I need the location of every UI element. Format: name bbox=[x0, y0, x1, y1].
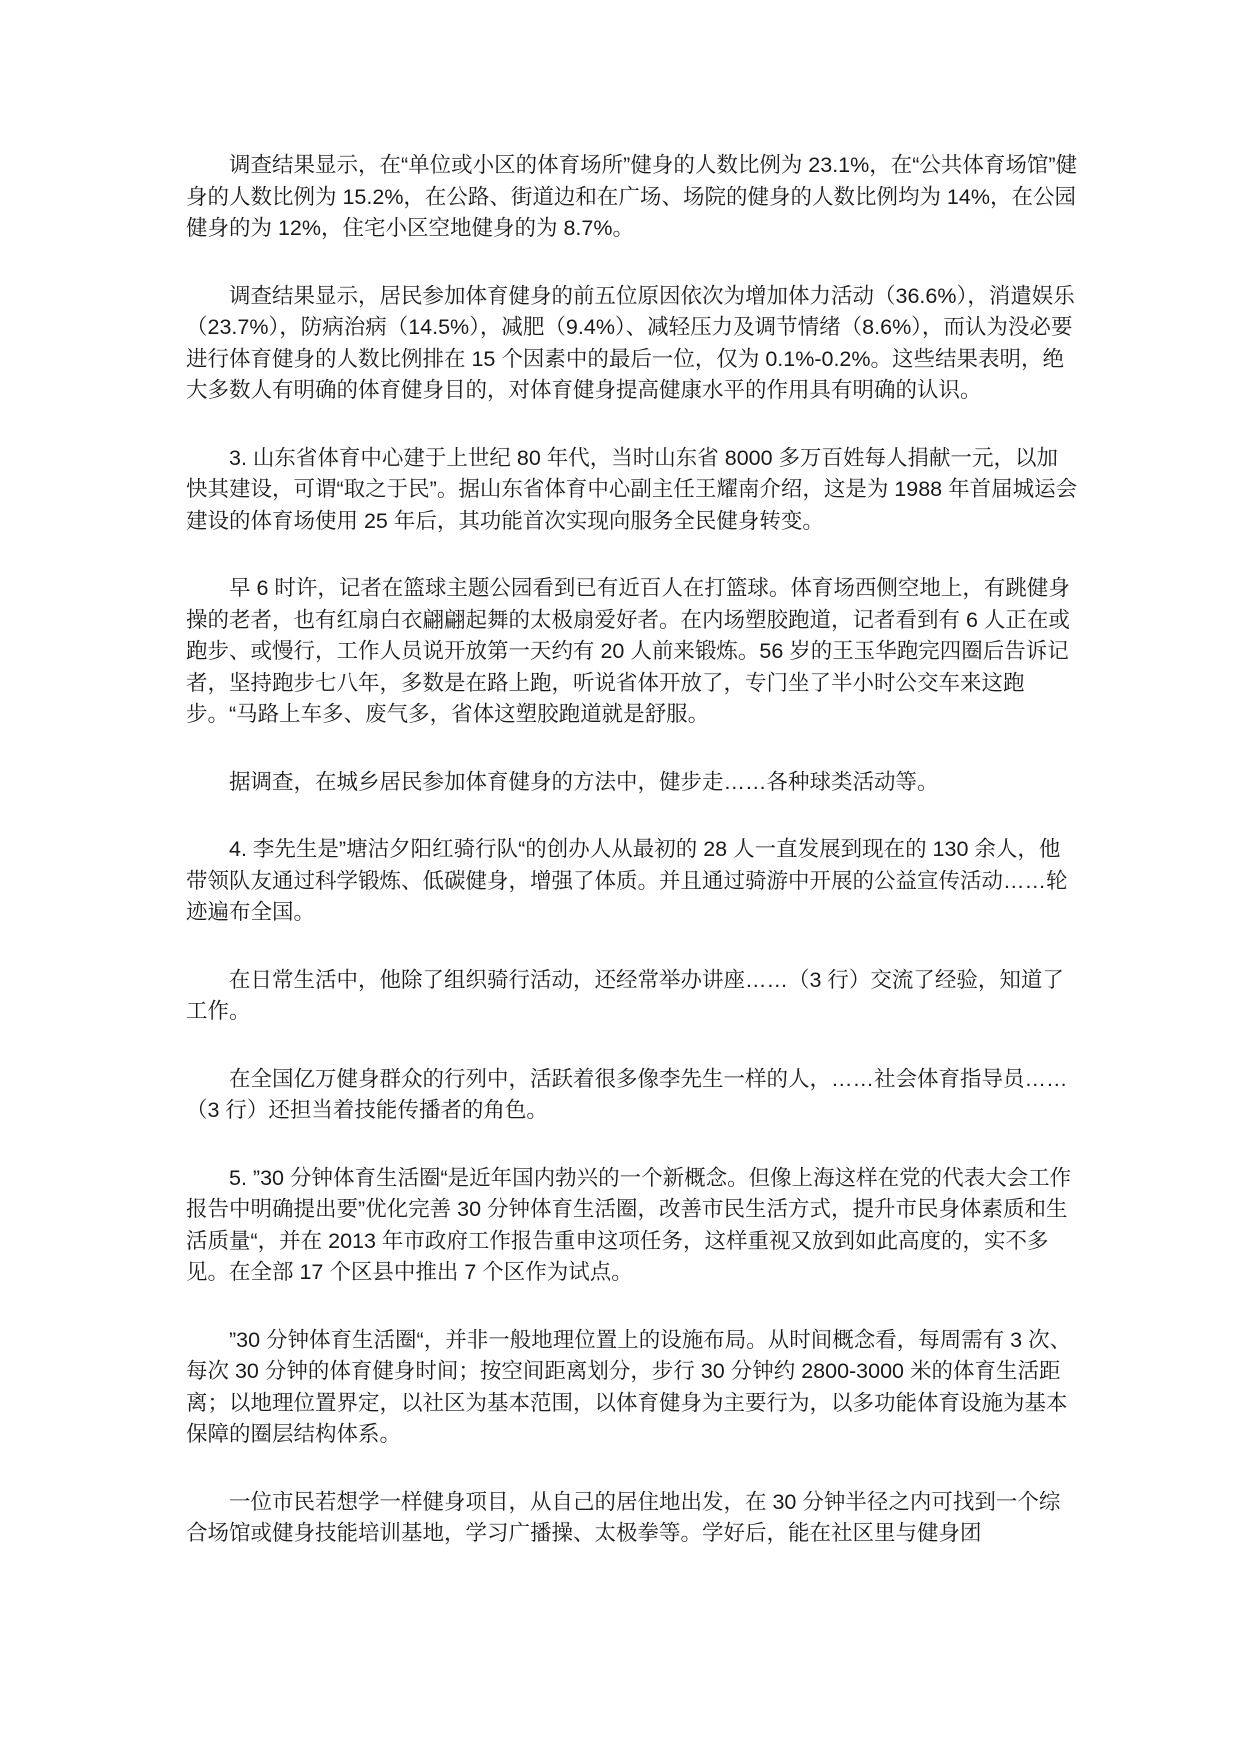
paragraph: ”30 分钟体育生活圈“，并非一般地理位置上的设施布局。从时间概念看，每周需有 … bbox=[186, 1325, 1078, 1451]
document-page: 调查结果显示，在“单位或小区的体育场所”健身的人数比例为 23.1%，在“公共体… bbox=[0, 0, 1240, 1754]
paragraph: 5. ”30 分钟体育生活圈“是近年国内勃兴的一个新概念。但像上海这样在党的代表… bbox=[186, 1163, 1078, 1289]
paragraph: 据调查，在城乡居民参加体育健身的方法中，健步走……各种球类活动等。 bbox=[186, 767, 1078, 799]
paragraph: 调查结果显示，在“单位或小区的体育场所”健身的人数比例为 23.1%，在“公共体… bbox=[186, 150, 1078, 245]
paragraph: 在全国亿万健身群众的行列中，活跃着很多像李先生一样的人，……社会体育指导员……（… bbox=[186, 1064, 1078, 1127]
paragraph: 调查结果显示，居民参加体育健身的前五位原因依次为增加体力活动（36.6%），消遣… bbox=[186, 281, 1078, 407]
paragraph: 3. 山东省体育中心建于上世纪 80 年代，当时山东省 8000 多万百姓每人捐… bbox=[186, 443, 1078, 538]
paragraph: 在日常生活中，他除了组织骑行活动，还经常举办讲座……（3 行）交流了经验，知道了… bbox=[186, 965, 1078, 1028]
paragraph: 早 6 时许，记者在篮球主题公园看到已有近百人在打篮球。体育场西侧空地上，有跳健… bbox=[186, 573, 1078, 731]
paragraph: 一位市民若想学一样健身项目，从自己的居住地出发，在 30 分钟半径之内可找到一个… bbox=[186, 1487, 1078, 1550]
paragraph: 4. 李先生是”塘沽夕阳红骑行队“的创办人从最初的 28 人一直发展到现在的 1… bbox=[186, 834, 1078, 929]
